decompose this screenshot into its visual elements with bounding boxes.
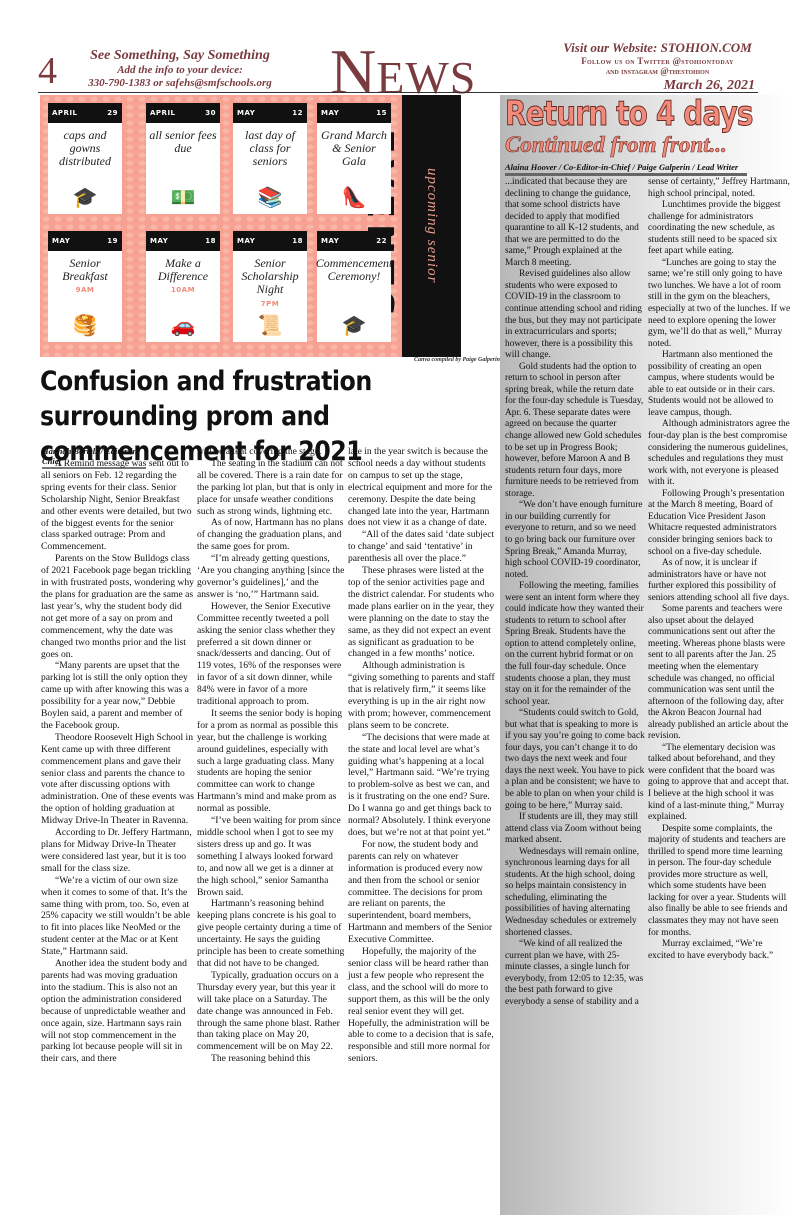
event-card: MAY19Senior Breakfast9AM🥞	[48, 231, 122, 342]
masthead-divider	[38, 92, 758, 93]
event-day: 18	[292, 237, 303, 245]
paragraph: “We kind of all realized the current pla…	[505, 939, 645, 1008]
event-body: Make a Difference10AM🚗	[146, 251, 220, 342]
event-title: caps and gowns distributed	[48, 129, 122, 169]
paragraph: As of now, it is unclear if administrato…	[648, 558, 791, 604]
paragraph: “I’m already getting questions, ‘Are you…	[197, 553, 345, 601]
social-links: Visit our Website: STOHION.COM Follow us…	[560, 40, 755, 77]
event-month: MAY	[321, 109, 339, 117]
continued-byline: Alaina Hoover / Co-Editor-in-Chief / Pai…	[505, 162, 747, 176]
paragraph: late in the year switch is because the s…	[348, 446, 496, 529]
tip-instruction: Add the info to your device:	[80, 64, 280, 77]
paragraph: sense of certainty,” Jeffrey Hartmann, h…	[648, 177, 791, 200]
event-date-header: MAY22	[317, 231, 391, 251]
events-subtitle-text: upcoming senior	[423, 168, 440, 283]
paragraph: Following Prough’s presentation at the M…	[648, 489, 791, 558]
event-date-header: MAY19	[48, 231, 122, 251]
tip-title: See Something, Say Something	[80, 48, 280, 64]
paragraph: The reasoning behind this	[197, 1053, 345, 1065]
paragraph: Revised guidelines also allow students w…	[505, 269, 645, 361]
paragraph: Another idea the student body and parent…	[41, 958, 194, 1065]
article-column-2: will be a tent covering the stage.The se…	[197, 446, 345, 1065]
paragraph: “All of the dates said ‘date subject to …	[348, 529, 496, 565]
paragraph: Theodore Roosevelt High School in Kent c…	[41, 732, 194, 827]
event-card: MAY12last day of class for seniors📚	[233, 103, 307, 214]
event-month: APRIL	[150, 109, 176, 117]
paragraph: will be a tent covering the stage.	[197, 446, 345, 458]
event-date-header: MAY18	[146, 231, 220, 251]
website-link[interactable]: Visit our Website: STOHION.COM	[560, 40, 755, 56]
paragraph: Wednesdays will remain online, synchrono…	[505, 847, 645, 939]
event-time: 10AM	[171, 286, 195, 294]
paragraph: Following the meeting, families were sen…	[505, 581, 645, 708]
paragraph: Murray exclaimed, “We’re excited to have…	[648, 939, 791, 962]
certificate-icon: 📜	[258, 316, 283, 336]
paragraph: Hartmann also mentioned the possibility …	[648, 350, 791, 419]
event-title: Commencement Ceremony!	[313, 257, 396, 283]
pancakes-icon: 🥞	[73, 316, 98, 336]
event-day: 12	[292, 109, 303, 117]
event-day: 15	[376, 109, 387, 117]
continued-subhead: Continued from front...	[505, 132, 727, 158]
event-body: Senior Breakfast9AM🥞	[48, 251, 122, 342]
continued-column-2: sense of certainty,” Jeffrey Hartmann, h…	[648, 177, 791, 962]
event-title: Grand March & Senior Gala	[317, 129, 391, 169]
event-day: 18	[205, 237, 216, 245]
paragraph: As of now, Hartmann has no plans of chan…	[197, 517, 345, 553]
paragraph: “We’re a victim of our own size when it …	[41, 875, 194, 958]
event-date-header: MAY15	[317, 103, 391, 123]
event-body: Grand March & Senior Gala👠	[317, 123, 391, 214]
event-month: MAY	[237, 109, 255, 117]
paragraph: “The decisions that were made at the sta…	[348, 732, 496, 839]
event-card: MAY15Grand March & Senior Gala👠	[317, 103, 391, 214]
paragraph: A Remind message was sent out to all sen…	[41, 458, 194, 553]
paragraph: However, the Senior Executive Committee …	[197, 601, 345, 708]
paragraph: Although administration is “giving somet…	[348, 660, 496, 731]
event-month: MAY	[321, 237, 339, 245]
event-body: caps and gowns distributed🎓	[48, 123, 122, 214]
paragraph: “Many parents are upset that the parking…	[41, 660, 194, 731]
paragraph: According to Dr. Jeffery Hartmann, plans…	[41, 827, 194, 875]
event-date-header: APRIL30	[146, 103, 220, 123]
event-time: 9AM	[76, 286, 95, 294]
paragraph: Although administrators agree the four-d…	[648, 419, 791, 488]
instagram-handle[interactable]: and instagram @thestohion	[560, 66, 755, 77]
paragraph: Hartmann’s reasoning behind keeping plan…	[197, 898, 345, 969]
page-number: 4	[38, 52, 57, 90]
event-body: all senior fees due💵	[146, 123, 220, 214]
high-heels-icon: 👠	[342, 188, 367, 208]
paragraph: Gold students had the option to return t…	[505, 362, 645, 501]
tip-line-box: See Something, Say Something Add the inf…	[80, 48, 280, 89]
events-subtitle: upcoming senior	[402, 95, 461, 357]
paragraph: “The elementary decision was talked abou…	[648, 743, 791, 824]
event-day: 30	[205, 109, 216, 117]
tip-contact: 330-790-1383 or safehs@smfschools.org	[80, 77, 280, 90]
event-date-header: MAY12	[233, 103, 307, 123]
paragraph: If students are ill, they may still atte…	[505, 812, 645, 847]
diploma-icon: 🎓	[342, 316, 367, 336]
paragraph: ...indicated that because they are decli…	[505, 177, 645, 269]
event-body: last day of class for seniors📚	[233, 123, 307, 214]
paragraph: Hopefully, the majority of the senior cl…	[348, 946, 496, 1065]
event-time: 7PM	[261, 300, 279, 308]
article-column-3: late in the year switch is because the s…	[348, 446, 496, 1065]
continued-headline: Return to 4 days	[505, 94, 753, 134]
event-title: Make a Difference	[146, 257, 220, 283]
paragraph: The seating in the stadium can not all b…	[197, 458, 345, 518]
event-card: MAY18Senior Scholarship Night7PM📜	[233, 231, 307, 342]
event-month: MAY	[237, 237, 255, 245]
event-day: 19	[107, 237, 118, 245]
paragraph: Despite some complaints, the majority of…	[648, 824, 791, 939]
paragraph: Parents on the Stow Bulldogs class of 20…	[41, 553, 194, 660]
paragraph: Some parents and teachers were also upse…	[648, 604, 791, 743]
books-icon: 📚	[258, 188, 283, 208]
event-title: Senior Scholarship Night	[233, 257, 307, 297]
event-card: APRIL29caps and gowns distributed🎓	[48, 103, 122, 214]
event-day: 29	[107, 109, 118, 117]
event-body: Commencement Ceremony!🎓	[317, 251, 391, 342]
article-column-1: A Remind message was sent out to all sen…	[41, 458, 194, 1065]
event-card: MAY22Commencement Ceremony!🎓	[317, 231, 391, 342]
event-month: APRIL	[52, 109, 78, 117]
event-month: MAY	[150, 237, 168, 245]
paragraph: Lunchtimes provide the biggest challenge…	[648, 200, 791, 258]
paragraph: “I’ve been waiting for prom since middle…	[197, 815, 345, 898]
event-title: Senior Breakfast	[48, 257, 122, 283]
twitter-handle[interactable]: Follow us on Twitter @stohiontoday	[560, 56, 755, 67]
paragraph: For now, the student body and parents ca…	[348, 839, 496, 946]
paragraph: “Lunches are going to stay the same; we’…	[648, 258, 791, 350]
event-card: MAY18Make a Difference10AM🚗	[146, 231, 220, 342]
event-card: APRIL30all senior fees due💵	[146, 103, 220, 214]
event-day: 22	[376, 237, 387, 245]
event-date-header: MAY18	[233, 231, 307, 251]
graduation-cap-icon: 🎓	[73, 188, 98, 208]
event-body: Senior Scholarship Night7PM📜	[233, 251, 307, 342]
paragraph: Typically, graduation occurs on a Thursd…	[197, 970, 345, 1053]
money-icon: 💵	[171, 188, 196, 208]
continued-column-1: ...indicated that because they are decli…	[505, 177, 645, 1008]
event-date-header: APRIL29	[48, 103, 122, 123]
paragraph: It seems the senior body is hoping for a…	[197, 708, 345, 815]
event-title: last day of class for seniors	[233, 129, 307, 169]
car-icon: 🚗	[171, 316, 196, 336]
paragraph: “Students could switch to Gold, but what…	[505, 708, 645, 812]
paragraph: These phrases were listed at the top of …	[348, 565, 496, 660]
paragraph: “We don’t have enough furniture in our b…	[505, 500, 645, 581]
event-month: MAY	[52, 237, 70, 245]
graphic-credit: Canva compiled by Paige Galperin	[330, 357, 500, 363]
event-title: all senior fees due	[146, 129, 220, 155]
